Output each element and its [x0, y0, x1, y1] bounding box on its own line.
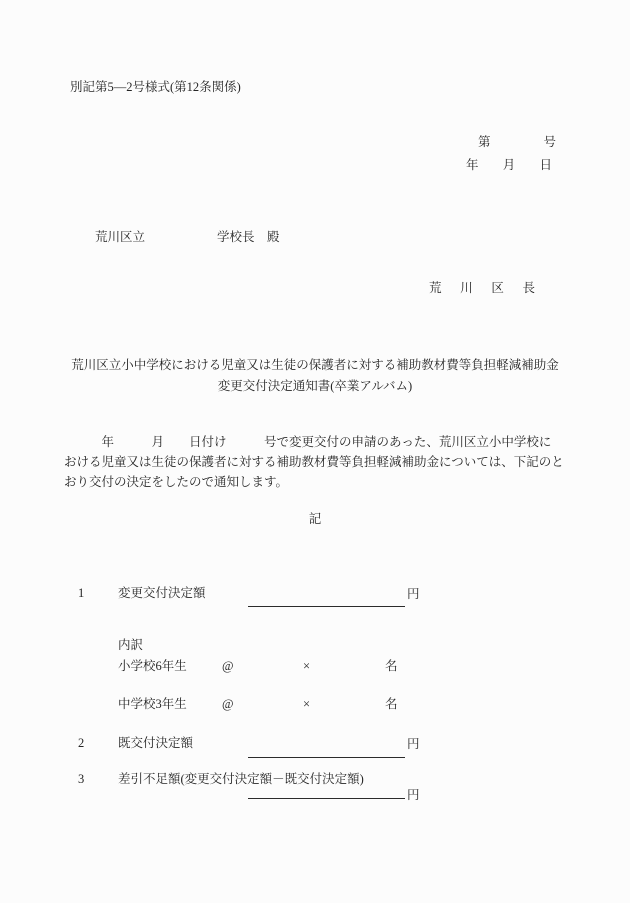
date-year-label: 年: [466, 157, 479, 173]
body-line-1: 年 月 日付け 号で変更交付の申請のあった、荒川区立小中学校に: [64, 434, 551, 450]
addressee-honorific-label: 殿: [267, 229, 280, 245]
sender-char: 長: [522, 280, 535, 296]
multiply-sign: ×: [303, 696, 310, 712]
doc-title-line-1: 荒川区立小中学校における児童又は生徒の保護者に対する補助教材費等負担軽減補助金: [0, 357, 630, 373]
body-line-3: おり交付の決定をしたので通知します。: [64, 474, 288, 490]
item-2-label: 既交付決定額: [118, 735, 193, 751]
doc-number-suffix-label: 号: [543, 134, 556, 150]
count-unit-label: 名: [385, 696, 398, 712]
form-number-label: 別記第5―2号様式(第12条関係): [70, 79, 241, 95]
sender-char: 荒: [429, 280, 442, 296]
document-page: 別記第5―2号様式(第12条関係) 第 号 年 月 日 荒川区立 学校長 殿 荒…: [0, 0, 630, 903]
doc-number-line: 第 号: [478, 134, 556, 150]
item-1-amount-blank[interactable]: [248, 606, 405, 607]
item-1-unit-label: 円: [407, 586, 420, 602]
at-sign: @: [222, 658, 234, 674]
body-line-2: おける児童又は生徒の保護者に対する補助教材費等負担軽減補助金については、下記のと: [64, 454, 564, 470]
item-3-amount-blank[interactable]: [248, 798, 405, 799]
item-3-number: 3: [78, 771, 84, 787]
doc-title-line-2: 変更交付決定通知書(卒業アルバム): [0, 378, 630, 394]
sender-char: 区: [491, 280, 504, 296]
multiply-sign: ×: [303, 658, 310, 674]
breakdown-row-label: 中学校3年生: [118, 696, 187, 712]
sender-char: 川: [460, 280, 473, 296]
ki-heading: 記: [0, 511, 630, 527]
item-1-label: 変更交付決定額: [118, 585, 206, 601]
sender-line: 荒 川 区 長: [429, 280, 535, 296]
item-2-amount-blank[interactable]: [248, 757, 405, 758]
date-line: 年 月 日: [466, 157, 552, 173]
date-day-label: 日: [539, 157, 552, 173]
breakdown-row-label: 小学校6年生: [118, 658, 187, 674]
breakdown-heading: 内訳: [118, 637, 143, 653]
item-3-label: 差引不足額(変更交付決定額－既交付決定額): [118, 771, 364, 787]
addressee-ward-label: 荒川区立: [95, 229, 145, 245]
item-2-unit-label: 円: [407, 736, 420, 752]
addressee-principal-label: 学校長: [217, 229, 255, 245]
item-1-number: 1: [78, 585, 84, 601]
at-sign: @: [222, 696, 234, 712]
date-month-label: 月: [503, 157, 516, 173]
item-3-unit-label: 円: [407, 787, 420, 803]
item-2-number: 2: [78, 735, 84, 751]
count-unit-label: 名: [385, 658, 398, 674]
doc-number-prefix-label: 第: [478, 134, 491, 150]
